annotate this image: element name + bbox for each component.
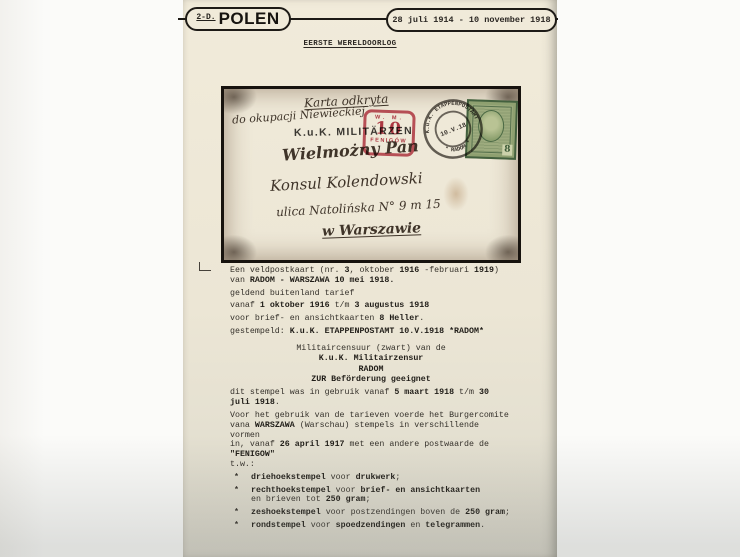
text-line: gestempeld: K.u.K. ETAPPENPOSTAMT 10.V.1…: [230, 327, 512, 337]
bullet-marker: *: [234, 508, 239, 517]
bullet-item: *rechthoekstempel voor brief- en ansicht…: [230, 486, 512, 505]
text-line: geldend buitenland tarief: [230, 289, 512, 299]
bullet-item: *rondstempel voor spoedzendingen en tele…: [230, 521, 512, 530]
text-line: zeshoekstempel voor postzendingen boven …: [251, 508, 512, 517]
bullet-marker: *: [234, 486, 239, 495]
text-line: en brieven tot 250 gram;: [251, 495, 512, 504]
bullet-marker: *: [234, 521, 239, 530]
bullet-marker: *: [234, 473, 239, 482]
text-paragraph: Een veldpostkaart (nr. 3, oktober 1916 -…: [230, 266, 512, 286]
text-line: rondstempel voor spoedzendingen en teleg…: [251, 521, 512, 530]
censor-overprint: K.u.K. MILITÄRZEN: [294, 125, 413, 139]
corner-shadow: [476, 228, 521, 263]
paper-stain: [439, 171, 473, 217]
text-paragraph: dit stempel was in gebruik vanaf 5 maart…: [230, 388, 512, 408]
bullet-item: *zeshoekstempel voor postzendingen boven…: [230, 508, 512, 517]
photo-backdrop: 2-D. POLEN 28 juli 1914 - 10 november 19…: [0, 0, 740, 557]
header-tag-pill: 2-D. POLEN: [185, 7, 291, 31]
censor-box-bottom: FENIGÓW: [366, 137, 412, 145]
date-range: 28 juli 1914 - 10 november 1918: [392, 15, 550, 25]
text-line: ZUR Beförderung geeignet: [230, 375, 512, 385]
text-line: dit stempel was in gebruik vanaf 5 maart…: [230, 388, 512, 408]
text-paragraph: gestempeld: K.u.K. ETAPPENPOSTAMT 10.V.1…: [230, 327, 512, 337]
bullet-item: *driehoekstempel voor drukwerk;: [230, 473, 512, 482]
description-block: Een veldpostkaart (nr. 3, oktober 1916 -…: [230, 266, 512, 534]
text-line: van RADOM - WARSZAWA 10 mei 1918.: [230, 276, 512, 286]
text-paragraph: vanaf 1 oktober 1916 t/m 3 augustus 1918: [230, 301, 512, 311]
handwriting-street: ulica Natolińska N° 9 m 15: [276, 197, 441, 220]
text-line: Voor het gebruik van de tarieven voerde …: [230, 411, 512, 421]
text-line: vanaf 1 oktober 1916 t/m 3 augustus 1918: [230, 301, 512, 311]
page-tag: 2-D.: [196, 13, 215, 22]
text-line: RADOM: [230, 365, 512, 375]
text-line: Militaircensuur (zwart) van de: [230, 344, 512, 354]
text-paragraph: voor brief- en ansichtkaarten 8 Heller.: [230, 314, 512, 324]
text-line: Een veldpostkaart (nr. 3, oktober 1916 -…: [230, 266, 512, 276]
text-line: rechthoekstempel voor brief- en ansichtk…: [251, 486, 512, 495]
text-line: driehoekstempel voor drukwerk;: [251, 473, 512, 482]
postcard-frame: Karta odkryta do okupacji Niewieckiej Wi…: [221, 86, 521, 263]
stamp-value: 8: [502, 144, 512, 155]
corner-shadow: [221, 228, 266, 263]
text-line: vana WARSZAWA (Warschau) stempels in ver…: [230, 421, 512, 441]
handwriting-city: w Warszawie: [322, 220, 422, 239]
handwriting-addressee-name: Konsul Kolendowski: [270, 169, 423, 195]
page-title: EERSTE WERELDOORLOG: [250, 40, 450, 48]
handwriting-line-2: do okupacji Niewieckiej: [232, 104, 366, 126]
text-paragraph: geldend buitenland tarief: [230, 289, 512, 299]
text-line: t.w.:: [230, 460, 512, 470]
country-title: POLEN: [219, 9, 280, 29]
text-line: voor brief- en ansichtkaarten 8 Heller.: [230, 314, 512, 324]
text-paragraph: Voor het gebruik van de tarieven voerde …: [230, 411, 512, 470]
text-line: K.u.K. Militairzensur: [230, 354, 512, 364]
text-paragraph: Militaircensuur (zwart) van deK.u.K. Mil…: [230, 344, 512, 386]
text-line: in, vanaf 26 april 1917 met een andere p…: [230, 440, 512, 460]
header-date-pill: 28 juli 1914 - 10 november 1918: [386, 8, 557, 32]
corner-mark-icon: [199, 262, 211, 271]
postmark-date: 10.V.18: [439, 122, 467, 139]
